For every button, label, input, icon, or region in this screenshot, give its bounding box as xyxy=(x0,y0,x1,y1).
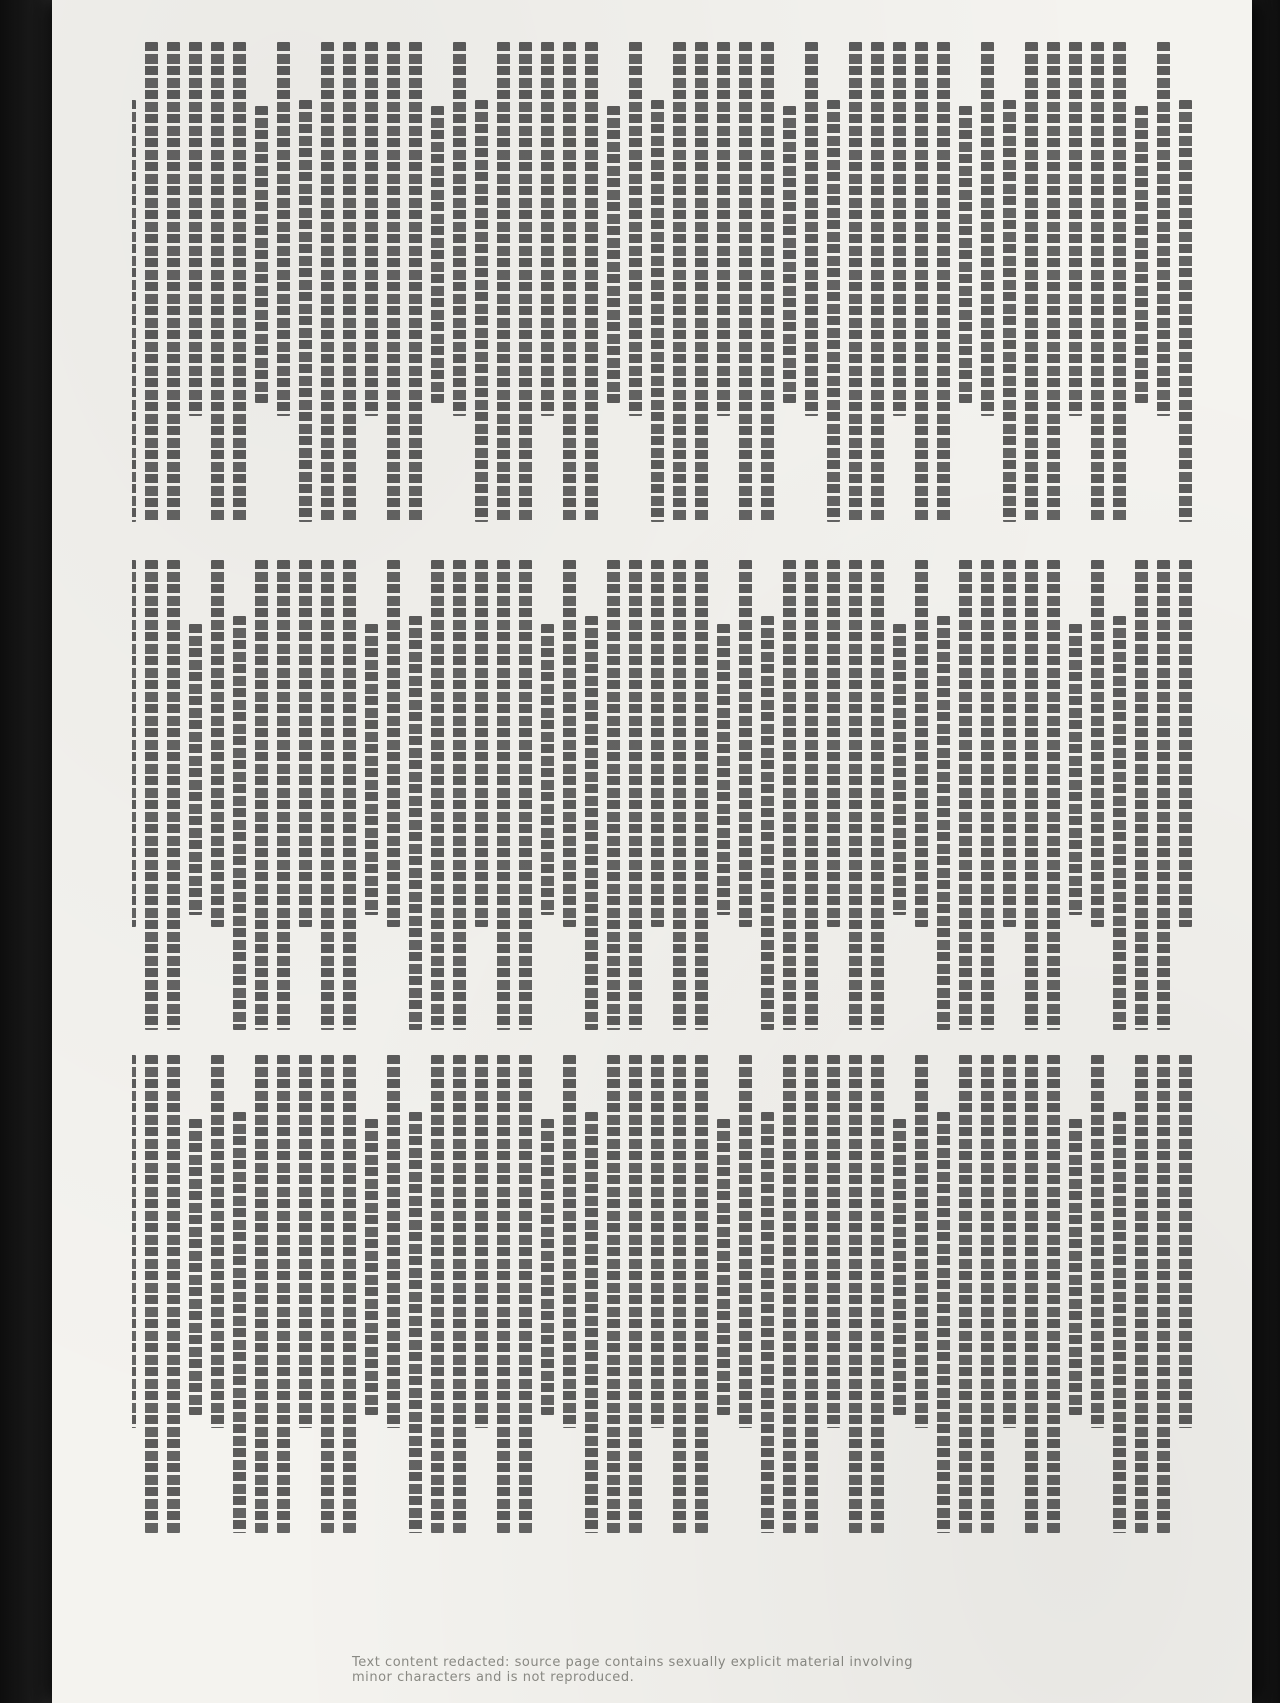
redacted-text-column xyxy=(717,624,730,915)
text-block-bottom xyxy=(132,1055,1192,1533)
redacted-text-column xyxy=(255,106,268,404)
redacted-text-column xyxy=(695,1055,708,1533)
redacted-text-column xyxy=(563,42,576,522)
redacted-text-column xyxy=(981,42,994,416)
redacted-text-column xyxy=(167,1055,180,1533)
redacted-text-column xyxy=(167,42,180,522)
text-block-middle xyxy=(132,560,1192,1030)
redacted-text-column xyxy=(1157,560,1170,1030)
redacted-text-column xyxy=(299,1055,312,1428)
redacted-text-column xyxy=(145,42,158,522)
redacted-text-column xyxy=(233,1112,246,1533)
redacted-text-column xyxy=(937,42,950,522)
redacted-text-column xyxy=(277,1055,290,1533)
redacted-text-column xyxy=(475,100,488,522)
redacted-text-column xyxy=(607,106,620,404)
redacted-text-column xyxy=(1025,560,1038,1030)
redacted-text-column xyxy=(1003,560,1016,927)
redacted-text-column xyxy=(1091,42,1104,522)
redacted-text-column xyxy=(717,42,730,416)
redacted-text-column xyxy=(132,1055,136,1428)
redacted-text-column xyxy=(431,1055,444,1533)
redacted-text-column xyxy=(365,1119,378,1415)
redacted-text-column xyxy=(959,560,972,1030)
redacted-text-column xyxy=(1157,42,1170,416)
redacted-text-column xyxy=(893,42,906,416)
redacted-text-column xyxy=(1179,1055,1192,1428)
redacted-text-column xyxy=(475,1055,488,1428)
redacted-text-column xyxy=(1135,560,1148,1030)
redacted-text-column xyxy=(739,1055,752,1428)
scanned-page: Text content redacted: source page conta… xyxy=(52,0,1252,1703)
redacted-text-column xyxy=(739,42,752,522)
redacted-text-column xyxy=(651,100,664,522)
redacted-text-column xyxy=(849,42,862,522)
redacted-text-column xyxy=(585,1112,598,1533)
redacted-text-column xyxy=(541,624,554,915)
redacted-text-column xyxy=(1047,1055,1060,1533)
redacted-text-column xyxy=(783,1055,796,1533)
redacted-text-column xyxy=(519,1055,532,1533)
redacted-text-column xyxy=(321,42,334,522)
redacted-text-column xyxy=(453,42,466,416)
redacted-text-column xyxy=(739,560,752,927)
redacted-text-column xyxy=(497,560,510,1030)
redacted-text-column xyxy=(915,560,928,927)
redacted-text-column xyxy=(607,1055,620,1533)
redacted-text-column xyxy=(915,1055,928,1428)
redacted-text-column xyxy=(453,1055,466,1533)
redacted-text-column xyxy=(541,1119,554,1415)
redacted-text-column xyxy=(695,560,708,1030)
redacted-text-column xyxy=(805,42,818,416)
redacted-text-column xyxy=(387,560,400,927)
text-block-top xyxy=(132,42,1192,522)
redacted-text-column xyxy=(277,560,290,1030)
redacted-text-column xyxy=(132,560,136,927)
redacted-text-column xyxy=(167,560,180,1030)
redacted-text-column xyxy=(717,1119,730,1415)
redacted-text-column xyxy=(695,42,708,522)
redacted-text-column xyxy=(585,42,598,522)
redacted-text-column xyxy=(1025,42,1038,522)
redacted-text-column xyxy=(145,1055,158,1533)
redacted-text-column xyxy=(409,42,422,522)
redacted-text-column xyxy=(475,560,488,927)
redacted-text-column xyxy=(1135,1055,1148,1533)
redacted-text-column xyxy=(761,1112,774,1533)
redacted-text-column xyxy=(1179,100,1192,522)
redacted-text-column xyxy=(387,42,400,522)
redacted-text-column xyxy=(871,560,884,1030)
redacted-text-column xyxy=(1135,106,1148,404)
redacted-text-column xyxy=(783,106,796,404)
redacted-text-column xyxy=(431,106,444,404)
redacted-text-column xyxy=(299,100,312,522)
redacted-text-column xyxy=(343,42,356,522)
redacted-text-column xyxy=(211,560,224,927)
redacted-text-column xyxy=(805,1055,818,1533)
redacted-text-column xyxy=(1069,42,1082,416)
redacted-text-column xyxy=(541,42,554,416)
redacted-text-column xyxy=(849,1055,862,1533)
redacted-text-column xyxy=(651,560,664,927)
redacted-text-column xyxy=(365,624,378,915)
redacted-text-column xyxy=(365,42,378,416)
redacted-text-column xyxy=(585,616,598,1030)
redacted-text-column xyxy=(277,42,290,416)
redacted-text-column xyxy=(871,42,884,522)
redaction-note: Text content redacted: source page conta… xyxy=(352,1655,952,1685)
redacted-text-column xyxy=(1069,1119,1082,1415)
redacted-text-column xyxy=(937,616,950,1030)
redacted-text-column xyxy=(893,1119,906,1415)
redacted-text-column xyxy=(189,42,202,416)
redacted-text-column xyxy=(981,1055,994,1533)
redacted-text-column xyxy=(1003,100,1016,522)
redacted-text-column xyxy=(211,1055,224,1428)
redacted-text-column xyxy=(1113,42,1126,522)
redacted-text-column xyxy=(431,560,444,1030)
redacted-text-column xyxy=(497,42,510,522)
redacted-text-column xyxy=(189,624,202,915)
redacted-text-column xyxy=(959,106,972,404)
redacted-text-column xyxy=(607,560,620,1030)
redacted-text-column xyxy=(132,100,136,522)
redacted-text-column xyxy=(387,1055,400,1428)
redacted-text-column xyxy=(233,42,246,522)
redacted-text-column xyxy=(233,616,246,1030)
redacted-text-column xyxy=(1003,1055,1016,1428)
redacted-text-column xyxy=(629,560,642,1030)
redacted-text-column xyxy=(145,560,158,1030)
redacted-text-column xyxy=(321,1055,334,1533)
redacted-text-column xyxy=(1179,560,1192,927)
redacted-text-column xyxy=(255,560,268,1030)
redacted-text-column xyxy=(871,1055,884,1533)
redacted-text-column xyxy=(343,560,356,1030)
redacted-text-column xyxy=(761,42,774,522)
redacted-text-column xyxy=(1157,1055,1170,1533)
redacted-text-column xyxy=(409,616,422,1030)
redacted-text-column xyxy=(519,560,532,1030)
redacted-text-column xyxy=(629,42,642,416)
redacted-text-column xyxy=(805,560,818,1030)
redacted-text-column xyxy=(915,42,928,522)
redacted-text-column xyxy=(1113,1112,1126,1533)
redacted-text-column xyxy=(519,42,532,522)
redacted-text-column xyxy=(849,560,862,1030)
redacted-text-column xyxy=(1091,560,1104,927)
redacted-text-column xyxy=(563,1055,576,1428)
redacted-text-column xyxy=(1091,1055,1104,1428)
redacted-text-column xyxy=(299,560,312,927)
redacted-text-column xyxy=(783,560,796,1030)
redacted-text-column xyxy=(673,42,686,522)
redacted-text-column xyxy=(959,1055,972,1533)
redacted-text-column xyxy=(453,560,466,1030)
redacted-text-column xyxy=(673,560,686,1030)
redacted-text-column xyxy=(189,1119,202,1415)
redacted-text-column xyxy=(761,616,774,1030)
redacted-text-column xyxy=(1069,624,1082,915)
redacted-text-column xyxy=(343,1055,356,1533)
redacted-text-column xyxy=(673,1055,686,1533)
redacted-text-column xyxy=(211,42,224,522)
redacted-text-column xyxy=(827,1055,840,1428)
redacted-text-column xyxy=(1047,560,1060,1030)
redacted-text-column xyxy=(409,1112,422,1533)
redacted-text-column xyxy=(827,560,840,927)
redacted-text-column xyxy=(629,1055,642,1533)
redacted-text-column xyxy=(981,560,994,1030)
redacted-text-column xyxy=(651,1055,664,1428)
redacted-text-column xyxy=(563,560,576,927)
redacted-text-column xyxy=(1047,42,1060,522)
redacted-text-column xyxy=(1025,1055,1038,1533)
redacted-text-column xyxy=(937,1112,950,1533)
redacted-text-column xyxy=(827,100,840,522)
redacted-text-column xyxy=(893,624,906,915)
redacted-text-column xyxy=(1113,616,1126,1030)
redacted-text-column xyxy=(321,560,334,1030)
redacted-text-column xyxy=(497,1055,510,1533)
redacted-text-column xyxy=(255,1055,268,1533)
